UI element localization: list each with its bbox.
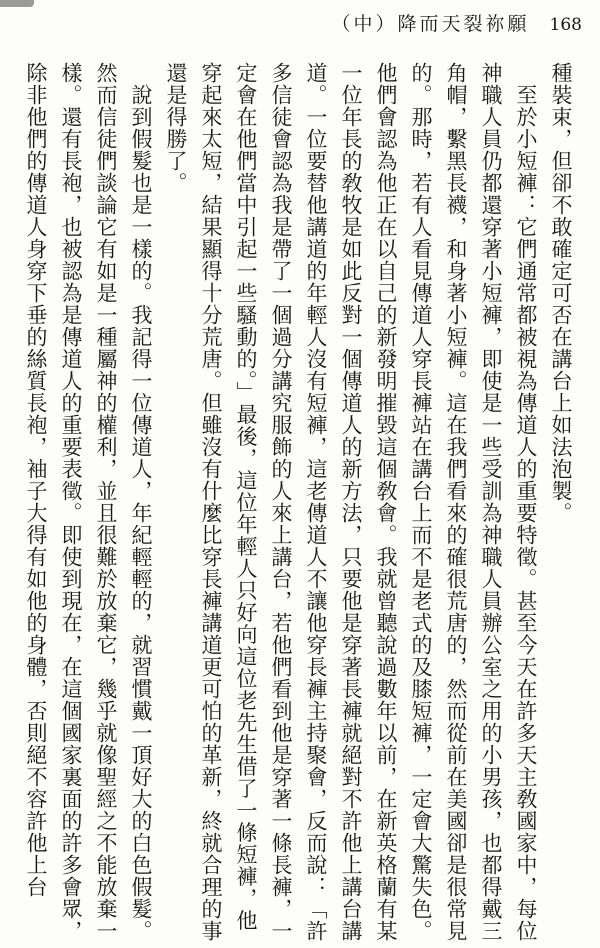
page-number: 168	[550, 15, 582, 35]
paragraph: 種裝束，但卻不敢確定可否在講台上如法泡製。	[543, 62, 578, 946]
body-text: 種裝束，但卻不敢確定可否在講台上如法泡製。 至於小短褲：它們通常都被視為傳道人的…	[18, 62, 578, 946]
scan-artifact	[0, 0, 34, 7]
running-title: （中）降而天裂祢願	[332, 9, 530, 36]
page-header: （中）降而天裂祢願 168	[332, 9, 582, 36]
paragraph: 至於小短褲：它們通常都被視為傳道人的重要特徵。甚至今天在許多天主敎國家中，每位神…	[158, 62, 543, 946]
paragraph: 說到假髮也是一樣的。我記得一位傳道人，年紀輕輕的，就習慣戴一頂好大的白色假髮。然…	[18, 62, 158, 946]
book-page: （中）降而天裂祢願 168 種裝束，但卻不敢確定可否在講台上如法泡製。 至於小短…	[0, 0, 600, 948]
